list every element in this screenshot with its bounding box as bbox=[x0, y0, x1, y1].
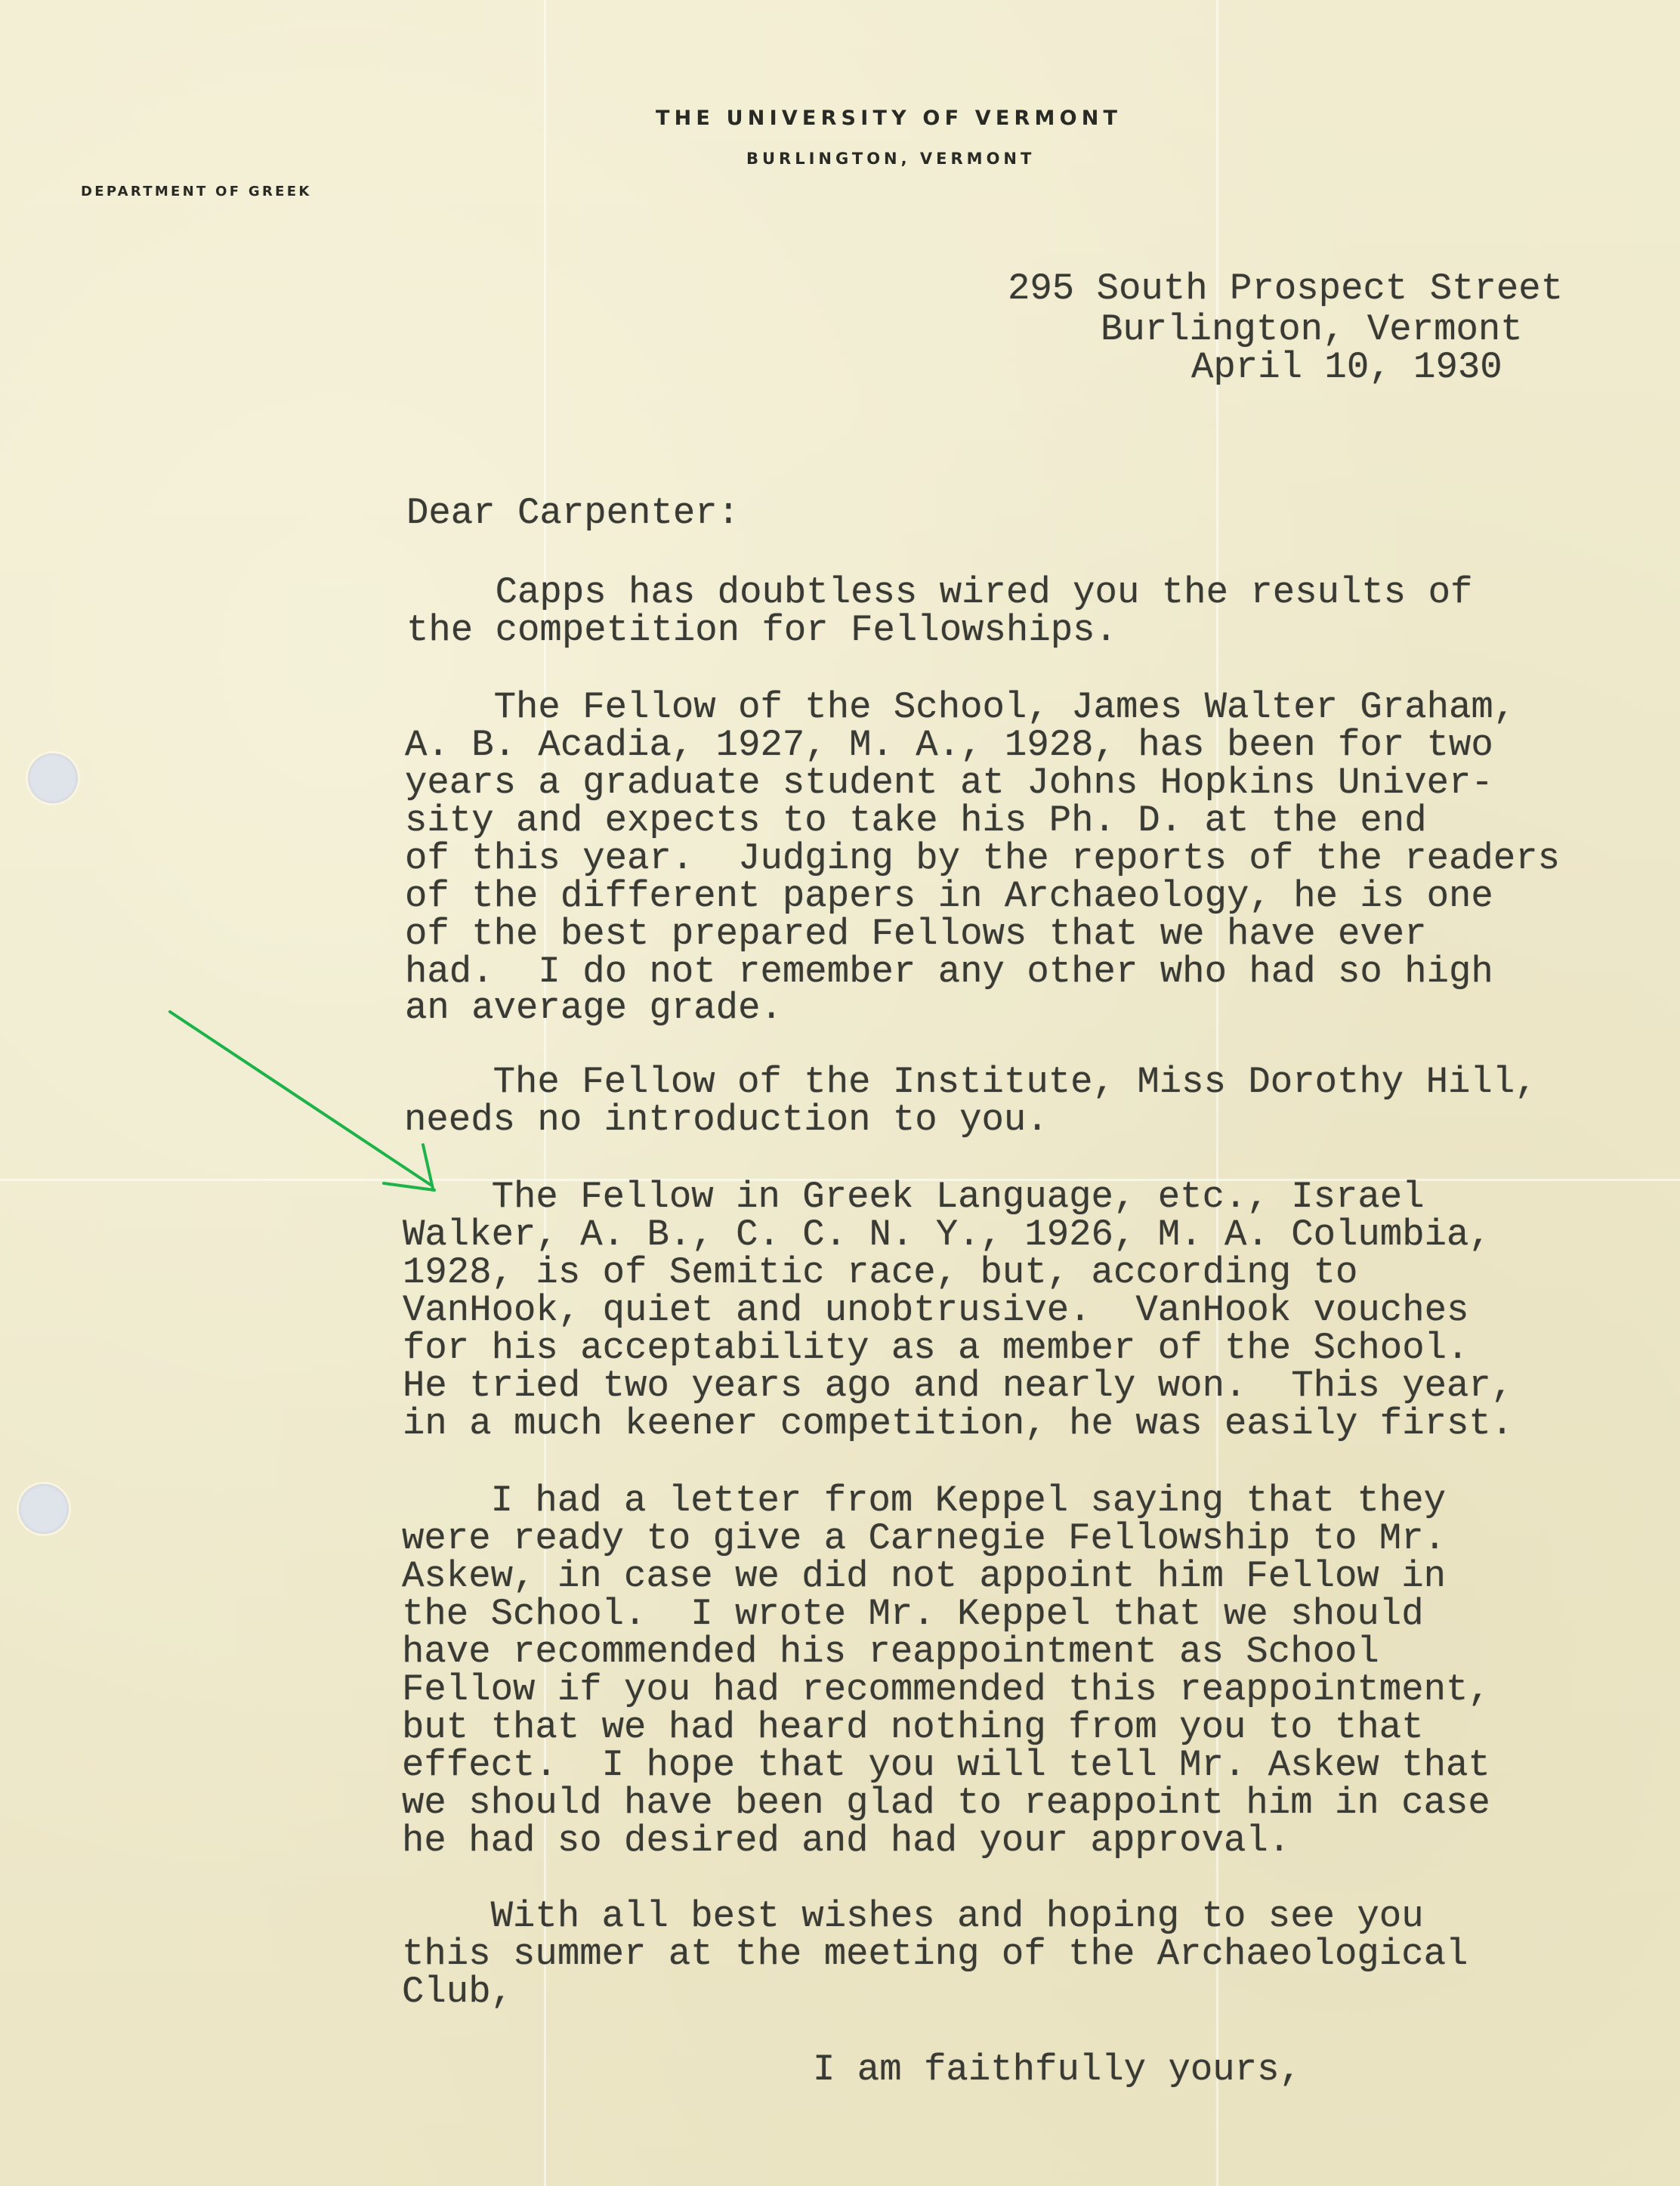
text-line: but that we had heard nothing from you t… bbox=[402, 1709, 1424, 1746]
text-line: the School. I wrote Mr. Keppel that we s… bbox=[402, 1596, 1424, 1633]
text-line: The Fellow of the Institute, Miss Doroth… bbox=[404, 1064, 1537, 1101]
text-line: were ready to give a Carnegie Fellowship… bbox=[402, 1520, 1446, 1557]
sender-city: Burlington, Vermont bbox=[1101, 311, 1523, 348]
salutation: Dear Carpenter: bbox=[406, 495, 740, 532]
text-line: The Fellow in Greek Language, etc., Isra… bbox=[403, 1179, 1425, 1216]
letter-date: April 10, 1930 bbox=[1191, 349, 1502, 386]
text-line: effect. I hope that you will tell Mr. As… bbox=[402, 1747, 1490, 1784]
text-line: in a much keener competition, he was eas… bbox=[403, 1405, 1513, 1442]
text-line: had. I do not remember any other who had… bbox=[405, 954, 1493, 991]
punch-hole bbox=[28, 753, 78, 803]
text-line: The Fellow of the School, James Walter G… bbox=[405, 689, 1515, 726]
closing: I am faithfully yours, bbox=[813, 2052, 1302, 2089]
text-line: the competition for Fellowships. bbox=[406, 612, 1117, 649]
punch-hole bbox=[19, 1484, 69, 1534]
letterhead-department: DEPARTMENT OF GREEK bbox=[81, 184, 312, 199]
text-line: VanHook, quiet and unobtrusive. VanHook … bbox=[403, 1292, 1468, 1329]
text-line: needs no introduction to you. bbox=[404, 1102, 1048, 1139]
text-line: He tried two years ago and nearly won. T… bbox=[403, 1368, 1513, 1405]
text-line: have recommended his reappointment as Sc… bbox=[402, 1634, 1379, 1671]
text-line: Askew, in case we did not appoint him Fe… bbox=[402, 1558, 1446, 1595]
text-line: of the different papers in Archaeology, … bbox=[405, 878, 1493, 915]
text-line: A. B. Acadia, 1927, M. A., 1928, has bee… bbox=[405, 727, 1493, 764]
text-line: Club, bbox=[402, 1974, 513, 2011]
text-line: for his acceptability as a member of the… bbox=[403, 1330, 1468, 1367]
text-line: this summer at the meeting of the Archae… bbox=[402, 1936, 1468, 1973]
text-line: he had so desired and had your approval. bbox=[402, 1823, 1290, 1860]
text-line: Capps has doubtless wired you the result… bbox=[406, 574, 1472, 611]
letterhead-institution: THE UNIVERSITY OF VERMONT bbox=[656, 107, 1122, 130]
text-line: of this year. Judging by the reports of … bbox=[405, 840, 1560, 877]
sender-street: 295 South Prospect Street bbox=[1008, 271, 1563, 308]
text-line: years a graduate student at Johns Hopkin… bbox=[405, 765, 1493, 802]
text-line: an average grade. bbox=[405, 990, 783, 1027]
text-line: Walker, A. B., C. C. N. Y., 1926, M. A. … bbox=[403, 1217, 1491, 1254]
text-line: Fellow if you had recommended this reapp… bbox=[402, 1671, 1490, 1708]
text-line: I had a letter from Keppel saying that t… bbox=[402, 1483, 1446, 1520]
text-line: With all best wishes and hoping to see y… bbox=[402, 1898, 1424, 1935]
letterhead-location: BURLINGTON, VERMONT bbox=[746, 150, 1035, 168]
text-line: we should have been glad to reappoint hi… bbox=[402, 1785, 1490, 1822]
text-line: 1928, is of Semitic race, but, according… bbox=[403, 1254, 1357, 1291]
text-line: of the best prepared Fellows that we hav… bbox=[405, 916, 1427, 953]
text-line: sity and expects to take his Ph. D. at t… bbox=[405, 802, 1427, 839]
